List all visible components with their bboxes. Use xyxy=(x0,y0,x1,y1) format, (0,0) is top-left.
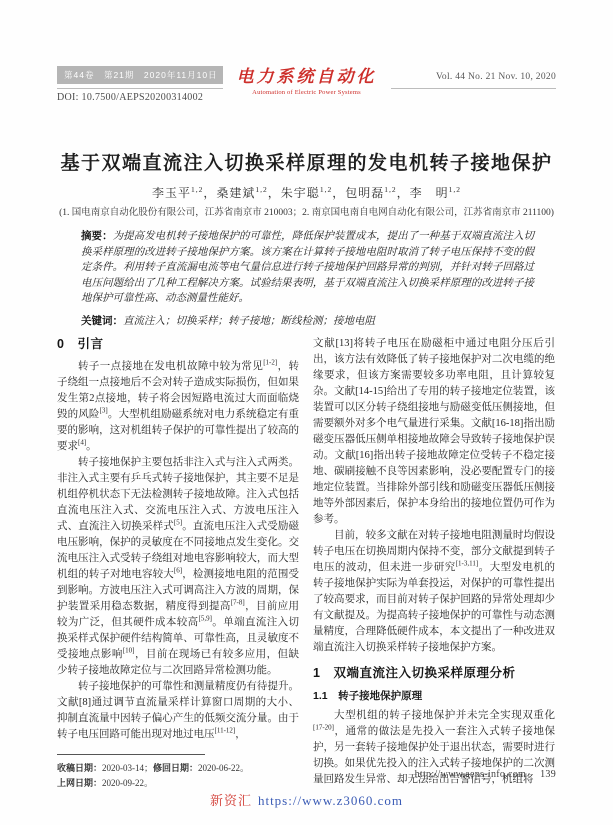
page-footer: http://www.aeps-info.com139 xyxy=(415,769,556,780)
footnote-dates-line: 收稿日期：2020-03-14；修回日期：2020-06-22。 xyxy=(57,761,299,776)
body-paragraph: 目前，较多文献在对转子接地电阻测量时均假设转子电压在切换周期内保持不变，部分文献… xyxy=(313,528,555,656)
keywords-label: 关键词： xyxy=(81,315,123,327)
author-separator: ， xyxy=(268,186,281,200)
abstract-label: 摘要： xyxy=(81,230,113,242)
section-heading-1: 1 双端直流注入切换采样原理分析 xyxy=(313,665,555,681)
keywords-line: 关键词：直流注入；切换采样；转子接地；断线检测；接地电阻 xyxy=(81,314,534,330)
journal-logo-chinese: 电力系统自动化 xyxy=(237,62,377,87)
author-name: 包明磊 xyxy=(345,186,384,200)
body-paragraph: 文献[13]将转子电压在励磁柜中通过电阻分压后引出，该方法有效降低了转子接地保护… xyxy=(313,336,555,528)
paper-page: 第44卷 第21期 2020年11月10日 DOI: 10.7500/AEPS2… xyxy=(0,0,613,825)
revised-date-label: 修回日期： xyxy=(153,763,198,773)
watermark-url-link[interactable]: https://www.z3060.com xyxy=(258,793,403,808)
footnote-online-line: 上网日期：2020-09-22。 xyxy=(57,776,299,791)
body-paragraph: 转子一点接地在发电机故障中较为常见[1-2]，转子绕组一点接地后不会对转子造成实… xyxy=(57,359,299,455)
author-separator: ， xyxy=(332,186,345,200)
revised-date-value: 2020-06-22。 xyxy=(198,763,249,773)
author: 李 明1,2 xyxy=(410,186,461,200)
keywords-text: 直流注入；切换采样；转子接地；断线检测；接地电阻 xyxy=(123,316,375,327)
watermark-site-name: 新资汇 xyxy=(210,793,252,808)
online-date-value: 2020-09-22。 xyxy=(102,778,153,788)
author-name: 朱宇聪 xyxy=(281,186,320,200)
issue-badge: 第44卷 第21期 2020年11月10日 xyxy=(57,66,225,84)
author-name: 桑建斌 xyxy=(216,186,255,200)
author: 李玉平1,2 xyxy=(152,186,203,200)
volume-info: Vol. 44 No. 21 Nov. 10, 2020 xyxy=(436,72,556,82)
body-paragraph: 转子接地保护主要包括非注入式与注入式两类。非注入式主要有乒乓式转子接地保护，其主… xyxy=(57,455,299,679)
abstract-paragraph: 摘要：为提高发电机转子接地保护的可靠性，降低保护装置成本，提出了一种基于双端直流… xyxy=(81,229,534,307)
received-date-value: 2020-03-14； xyxy=(102,763,153,773)
affiliation-line: (1. 国电南京自动化股份有限公司，江苏省南京市 210003；2. 南京国电南… xyxy=(0,204,613,218)
online-date-label: 上网日期： xyxy=(57,778,102,788)
abstract-block: 摘要：为提高发电机转子接地保护的可靠性，降低保护装置成本，提出了一种基于双端直流… xyxy=(81,229,534,329)
left-column: 0 引言 转子一点接地在发电机故障中较为常见[1-2]，转子绕组一点接地后不会对… xyxy=(57,336,299,791)
abstract-text: 为提高发电机转子接地保护的可靠性，降低保护装置成本，提出了一种基于双端直流注入切… xyxy=(81,231,534,304)
author-name: 李 明 xyxy=(410,186,449,200)
author-affiliation-sup: 1,2 xyxy=(320,185,332,194)
author: 朱宇聪1,2 xyxy=(281,186,332,200)
paper-title: 基于双端直流注入切换采样原理的发电机转子接地保护 xyxy=(0,148,613,175)
right-column: 文献[13]将转子电压在励磁柜中通过电阻分压后引出，该方法有效降低了转子接地保护… xyxy=(313,336,555,791)
author: 包明磊1,2 xyxy=(345,186,396,200)
author-name: 李玉平 xyxy=(152,186,191,200)
author-affiliation-sup: 1,2 xyxy=(191,185,203,194)
author-separator: ， xyxy=(397,186,410,200)
journal-logo: 电力系统自动化 Automation of Electric Power Sys… xyxy=(223,62,391,96)
journal-header: 第44卷 第21期 2020年11月10日 DOI: 10.7500/AEPS2… xyxy=(57,62,556,108)
journal-url-link[interactable]: http://www.aeps-info.com xyxy=(415,769,527,780)
author-affiliation-sup: 1,2 xyxy=(384,185,396,194)
received-date-label: 收稿日期： xyxy=(57,763,102,773)
authors-line: 李玉平1,2，桑建斌1,2，朱宇聪1,2，包明磊1,2，李 明1,2 xyxy=(0,184,613,201)
page-number: 139 xyxy=(540,769,556,780)
author-affiliation-sup: 1,2 xyxy=(449,185,461,194)
watermark: 新资汇https://www.z3060.com xyxy=(0,790,613,809)
subsection-heading-1-1: 1.1 转子接地保护原理 xyxy=(313,688,555,704)
footnotes: 收稿日期：2020-03-14；修回日期：2020-06-22。 上网日期：20… xyxy=(57,761,299,791)
section-heading-0: 0 引言 xyxy=(57,336,299,352)
body-columns: 0 引言 转子一点接地在发电机故障中较为常见[1-2]，转子绕组一点接地后不会对… xyxy=(57,336,556,791)
doi-text: DOI: 10.7500/AEPS20200314002 xyxy=(57,92,203,103)
body-paragraph: 转子接地保护的可靠性和测量精度仍有待提升。文献[8]通过调节直流量采样计算窗口周… xyxy=(57,679,299,743)
footnote-divider xyxy=(57,754,205,755)
author-separator: ， xyxy=(203,186,216,200)
journal-logo-english: Automation of Electric Power Systems xyxy=(237,89,377,96)
author-affiliation-sup: 1,2 xyxy=(255,185,267,194)
author: 桑建斌1,2 xyxy=(216,186,267,200)
